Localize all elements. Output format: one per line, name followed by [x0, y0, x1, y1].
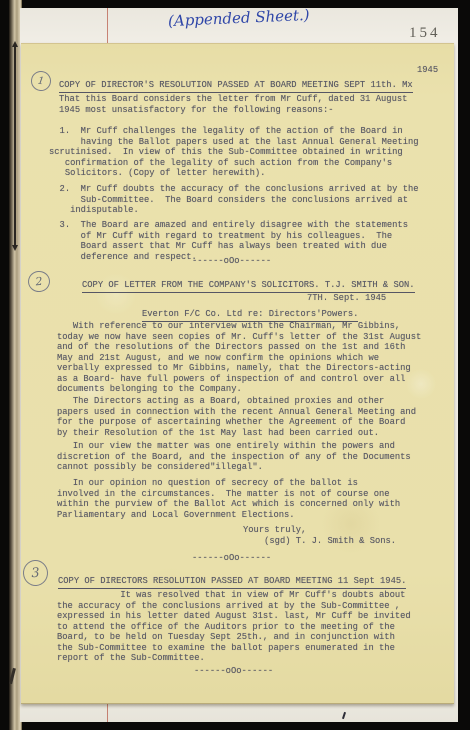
section3-heading: COPY OF DIRECTORS RESOLUTION PASSED AT B…	[58, 570, 406, 589]
typed-line: expressed in his letter dated August 31s…	[57, 611, 411, 622]
typed-line: scrutinised. In view of this the Sub-Com…	[49, 147, 419, 158]
separator-2: ------oOo------	[192, 553, 271, 564]
typed-line: In our opinion no question of secrecy of…	[57, 478, 400, 489]
typed-line: (sgd) T. J. Smith & Sons.	[243, 536, 396, 547]
typed-line: papers used in connection with the recen…	[57, 407, 416, 418]
typed-line: 1945 most unsatisfactory for the followi…	[59, 105, 407, 116]
typed-line: Yours truly,	[243, 525, 396, 536]
section2-para-3: In our view the matter was one entirely …	[57, 441, 411, 473]
section1-intro: That this Board considers the letter fro…	[59, 94, 407, 115]
section3-para: It was resolved that in view of Mr Cuff'…	[57, 590, 411, 664]
typed-line: the accuracy of the conclusions arrived …	[57, 601, 411, 612]
margin-number-2: 2	[27, 270, 51, 293]
document-photo: (Appended Sheet.) 154 1 2 3 1945 COPY OF…	[0, 0, 470, 730]
section2-para-2: The Directors acting as a Board, obtaine…	[57, 396, 416, 438]
typed-line: Parliamentary and Local Government Elect…	[57, 510, 400, 521]
section2-signoff: Yours truly, (sgd) T. J. Smith & Sons.	[243, 525, 396, 546]
typed-line: and of the resolutions of the Directors …	[57, 342, 421, 353]
section2-heading: COPY OF LETTER FROM THE COMPANY'S SOLICI…	[82, 274, 415, 293]
separator-3: ------oOo------	[194, 666, 273, 677]
section2-date: 7TH. Sept. 1945	[307, 293, 386, 304]
typed-line: indisputable.	[49, 205, 419, 216]
typed-line: today we now have seen copies of Mr. Cuf…	[57, 332, 421, 343]
section1-heading-text: COPY OF DIRECTOR'S RESOLUTION PASSED AT …	[59, 80, 413, 93]
typed-line: 2. Mr Cuff doubts the accuracy of the co…	[49, 184, 419, 195]
margin-number-3: 3	[22, 559, 49, 587]
typed-line: by their Resolution of the 1st May last …	[57, 428, 416, 439]
typed-line: of Mr Cuff with regard to treatment by h…	[49, 231, 408, 242]
section2-para-1: With reference to our interview with the…	[57, 321, 421, 395]
typed-line: verbally expressed to Mr Gibbins, namely…	[57, 363, 421, 374]
typed-line: Sub-Committee. The Board considers the c…	[49, 195, 419, 206]
typed-line: 1. Mr Cuff challenges the legality of th…	[49, 126, 419, 137]
typed-line: The Directors acting as a Board, obtaine…	[57, 396, 416, 407]
typed-line: report of the Sub-Committee.	[57, 653, 411, 664]
typed-line: as a Board- have full powers of inspecti…	[57, 374, 421, 385]
typed-line: discretion of the Board, and the inspect…	[57, 452, 411, 463]
typed-line: Solicitors. (Copy of letter herewith).	[49, 168, 419, 179]
typed-line: to attend the office of the Auditors pri…	[57, 622, 411, 633]
typed-line: 3. The Board are amazed and entirely dis…	[49, 220, 408, 231]
section2-para-4: In our opinion no question of secrecy of…	[57, 478, 400, 520]
ink-mark	[342, 712, 346, 719]
section2-subject: Everton F/C Co. Ltd re: Directors'Powers…	[142, 303, 358, 322]
handwritten-annotation: (Appended Sheet.)	[168, 6, 310, 30]
section2-heading-text: COPY OF LETTER FROM THE COMPANY'S SOLICI…	[82, 280, 415, 293]
typed-line: within the purview of the Ballot Act whi…	[57, 499, 400, 510]
typed-line: for the purpose of ascertaining whether …	[57, 417, 416, 428]
typed-line: Board, to be held on Tuesday Sept 25th.,…	[57, 632, 411, 643]
typed-line: Board assert that Mr Cuff has always bee…	[49, 241, 408, 252]
typed-line: involved in the circumstances. The matte…	[57, 489, 400, 500]
typed-line: That this Board considers the letter fro…	[59, 94, 407, 105]
year-note: 1945	[417, 65, 438, 76]
typed-line: documents belonging to the Company.	[57, 384, 421, 395]
typed-line: cannot possibly be considered"illegal".	[57, 462, 411, 473]
typed-line: With reference to our interview with the…	[57, 321, 421, 332]
section3-heading-text: COPY OF DIRECTORS RESOLUTION PASSED AT B…	[58, 576, 406, 589]
typed-line: confirmation of the legality of such act…	[49, 158, 419, 169]
typed-line: the Sub-Committee to examine the ballot …	[57, 643, 411, 654]
page-number: 154	[409, 25, 441, 42]
section1-item-2: 2. Mr Cuff doubts the accuracy of the co…	[49, 184, 419, 216]
separator-1: ------oOo------	[192, 256, 271, 267]
edge-pen-line	[14, 46, 16, 246]
typed-line: having the Ballot papers used at the las…	[49, 137, 419, 148]
typed-line: It was resolved that in view of Mr Cuff'…	[57, 590, 411, 601]
typed-line: May and 21st August, and we now confirm …	[57, 353, 421, 364]
appended-sheet: 1 2 3 1945 COPY OF DIRECTOR'S RESOLUTION…	[21, 43, 454, 704]
section1-heading: COPY OF DIRECTOR'S RESOLUTION PASSED AT …	[59, 74, 413, 93]
section2-subject-text: Everton F/C Co. Ltd re: Directors'Powers…	[142, 309, 358, 322]
typed-line: In our view the matter was one entirely …	[57, 441, 411, 452]
margin-number-1: 1	[30, 70, 53, 93]
section1-item-1: 1. Mr Cuff challenges the legality of th…	[49, 126, 419, 179]
